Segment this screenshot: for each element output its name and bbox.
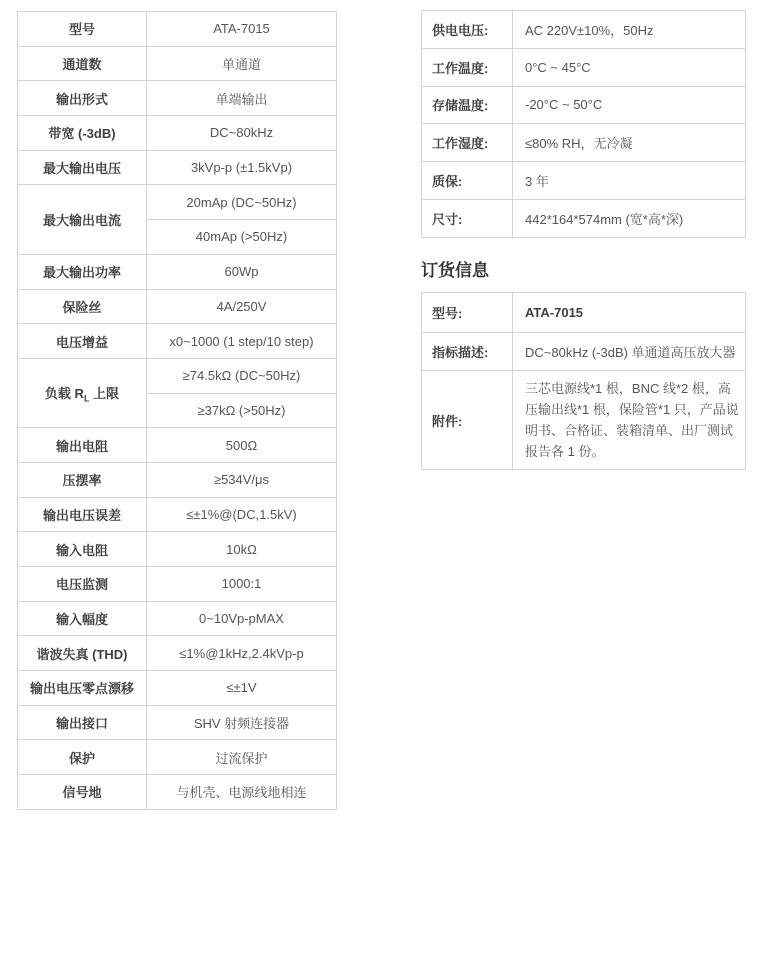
spec-value: DC~80kHz (147, 116, 337, 151)
spec-value: 3kVp-p (±1.5kVp) (147, 150, 337, 185)
specification-table-section: 型号 ATA-7015 通道数 单通道 输出形式 单端输出 带宽 (-3dB) … (17, 11, 337, 810)
spec-value: 1000:1 (147, 567, 337, 602)
spec-label: 通道数 (18, 46, 147, 81)
order-info-heading: 订货信息 (421, 256, 489, 281)
spec-value: ATA-7015 (147, 12, 337, 47)
table-row: 尺寸: 442*164*574mm (宽*高*深) (422, 199, 746, 237)
table-row: 输入电阻 10kΩ (18, 532, 337, 567)
env-value: 0°C ~ 45°C (513, 48, 746, 86)
order-info-table-section: 型号: ATA-7015 指标描述: DC~80kHz (-3dB) 单通道高压… (421, 292, 746, 470)
spec-label: 保险丝 (18, 289, 147, 324)
spec-value: ≤±1V (147, 671, 337, 706)
spec-label: 型号 (18, 12, 147, 47)
specification-table: 型号 ATA-7015 通道数 单通道 输出形式 单端输出 带宽 (-3dB) … (17, 11, 337, 810)
env-value: ≤80% RH，无冷凝 (513, 124, 746, 162)
table-row: 输出电压误差 ≤±1%@(DC,1.5kV) (18, 497, 337, 532)
spec-label: 压摆率 (18, 462, 147, 497)
table-row: 存储温度: -20°C ~ 50°C (422, 86, 746, 124)
spec-value: SHV 射频连接器 (147, 705, 337, 740)
order-label: 附件: (422, 371, 513, 470)
table-row: 通道数 单通道 (18, 46, 337, 81)
order-value-model: ATA-7015 (513, 293, 746, 333)
spec-value: ≥534V/μs (147, 462, 337, 497)
table-row: 保险丝 4A/250V (18, 289, 337, 324)
spec-label: 最大输出功率 (18, 254, 147, 289)
order-label: 指标描述: (422, 333, 513, 371)
table-row: 附件: 三芯电源线*1 根，BNC 线*2 根，高压输出线*1 根，保险管*1 … (422, 371, 746, 470)
spec-value: 0~10Vp-pMAX (147, 601, 337, 636)
table-row: 负载 RL 上限 ≥74.5kΩ (DC~50Hz) (18, 358, 337, 393)
spec-value: 4A/250V (147, 289, 337, 324)
order-info-table: 型号: ATA-7015 指标描述: DC~80kHz (-3dB) 单通道高压… (421, 292, 746, 470)
table-row: 电压增益 x0~1000 (1 step/10 step) (18, 324, 337, 359)
environment-table: 供电电压: AC 220V±10%，50Hz 工作温度: 0°C ~ 45°C … (421, 10, 746, 238)
spec-label: 输入电阻 (18, 532, 147, 567)
spec-label: 带宽 (-3dB) (18, 116, 147, 151)
spec-label: 谐波失真 (THD) (18, 636, 147, 671)
spec-label: 保护 (18, 740, 147, 775)
spec-label: 最大输出电流 (18, 185, 147, 254)
spec-value: 单通道 (147, 46, 337, 81)
spec-label: 输入幅度 (18, 601, 147, 636)
env-label: 质保: (422, 162, 513, 200)
table-row: 电压监测 1000:1 (18, 567, 337, 602)
spec-value: 500Ω (147, 428, 337, 463)
env-value: 3 年 (513, 162, 746, 200)
env-value: 442*164*574mm (宽*高*深) (513, 199, 746, 237)
table-row: 输出电阻 500Ω (18, 428, 337, 463)
spec-value: 过流保护 (147, 740, 337, 775)
table-row: 输出接口 SHV 射频连接器 (18, 705, 337, 740)
env-value: AC 220V±10%，50Hz (513, 11, 746, 49)
order-value-accessories: 三芯电源线*1 根，BNC 线*2 根，高压输出线*1 根，保险管*1 只，产品… (513, 371, 746, 470)
table-row: 信号地 与机壳、电源线地相连 (18, 775, 337, 810)
table-row: 输出电压零点漂移 ≤±1V (18, 671, 337, 706)
table-row: 最大输出电压 3kVp-p (±1.5kVp) (18, 150, 337, 185)
spec-value: 20mAp (DC~50Hz) (147, 185, 337, 220)
environment-table-section: 供电电压: AC 220V±10%，50Hz 工作温度: 0°C ~ 45°C … (421, 10, 746, 238)
spec-label: 电压增益 (18, 324, 147, 359)
env-label: 存储温度: (422, 86, 513, 124)
spec-label: 输出电压误差 (18, 497, 147, 532)
spec-label: 最大输出电压 (18, 150, 147, 185)
spec-value: ≤±1%@(DC,1.5kV) (147, 497, 337, 532)
spec-value: 60Wp (147, 254, 337, 289)
table-row: 工作温度: 0°C ~ 45°C (422, 48, 746, 86)
env-label: 工作温度: (422, 48, 513, 86)
spec-value: ≥74.5kΩ (DC~50Hz) (147, 358, 337, 393)
env-label: 工作湿度: (422, 124, 513, 162)
table-row: 保护 过流保护 (18, 740, 337, 775)
env-value: -20°C ~ 50°C (513, 86, 746, 124)
spec-label: 输出电压零点漂移 (18, 671, 147, 706)
table-row: 指标描述: DC~80kHz (-3dB) 单通道高压放大器 (422, 333, 746, 371)
spec-value: ≥37kΩ (>50Hz) (147, 393, 337, 428)
table-row: 工作湿度: ≤80% RH，无冷凝 (422, 124, 746, 162)
table-row: 压摆率 ≥534V/μs (18, 462, 337, 497)
table-row: 质保: 3 年 (422, 162, 746, 200)
table-row: 输入幅度 0~10Vp-pMAX (18, 601, 337, 636)
spec-label: 输出接口 (18, 705, 147, 740)
table-row: 型号 ATA-7015 (18, 12, 337, 47)
table-row: 输出形式 单端输出 (18, 81, 337, 116)
spec-value: 与机壳、电源线地相连 (147, 775, 337, 810)
table-row: 最大输出功率 60Wp (18, 254, 337, 289)
spec-label: 电压监测 (18, 567, 147, 602)
table-row: 最大输出电流 20mAp (DC~50Hz) (18, 185, 337, 220)
spec-label: 负载 RL 上限 (18, 358, 147, 427)
table-row: 型号: ATA-7015 (422, 293, 746, 333)
table-row: 带宽 (-3dB) DC~80kHz (18, 116, 337, 151)
spec-label: 信号地 (18, 775, 147, 810)
spec-label: 输出形式 (18, 81, 147, 116)
env-label: 供电电压: (422, 11, 513, 49)
order-value-description: DC~80kHz (-3dB) 单通道高压放大器 (513, 333, 746, 371)
spec-label: 输出电阻 (18, 428, 147, 463)
spec-value: 40mAp (>50Hz) (147, 220, 337, 255)
order-label: 型号: (422, 293, 513, 333)
spec-value: ≤1%@1kHz,2.4kVp-p (147, 636, 337, 671)
table-row: 供电电压: AC 220V±10%，50Hz (422, 11, 746, 49)
table-row: 谐波失真 (THD) ≤1%@1kHz,2.4kVp-p (18, 636, 337, 671)
env-label: 尺寸: (422, 199, 513, 237)
spec-value: 单端输出 (147, 81, 337, 116)
spec-value: 10kΩ (147, 532, 337, 567)
spec-value: x0~1000 (1 step/10 step) (147, 324, 337, 359)
